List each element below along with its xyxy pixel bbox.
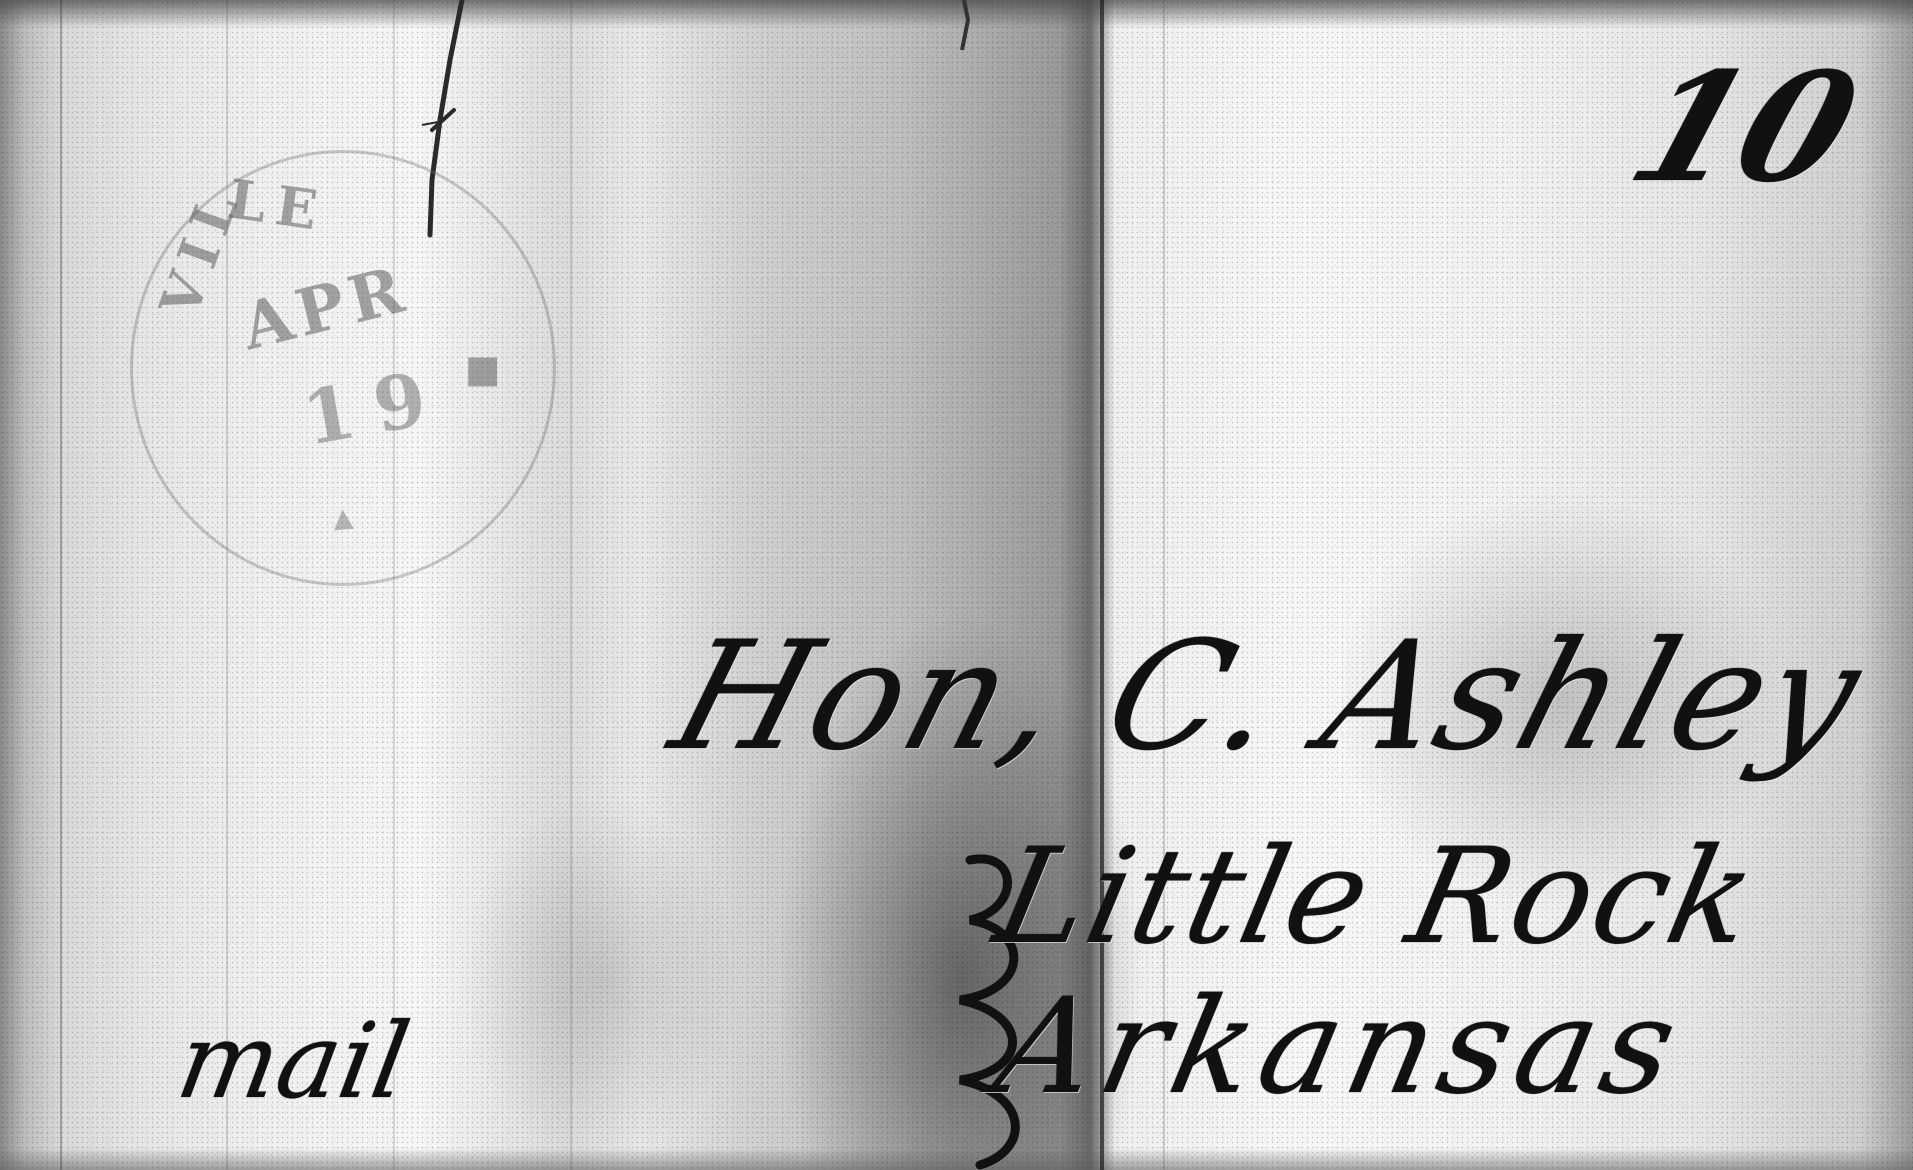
postmark-arc-right: ▪ bbox=[463, 333, 502, 401]
fold-line bbox=[570, 0, 572, 1170]
routing-note: mail bbox=[169, 1000, 418, 1122]
fold-line bbox=[60, 0, 62, 1170]
address-city: Little Rock bbox=[984, 820, 1770, 974]
top-edge-tear-mark bbox=[950, 0, 980, 60]
postmark-stamp: LE VIL APR 19 ▪ ▴ bbox=[130, 150, 556, 586]
postmark-day: 19 bbox=[297, 353, 453, 463]
postmark-arc-bottom: ▴ bbox=[331, 492, 354, 540]
fold-line bbox=[226, 0, 228, 1170]
addressee-name: Hon, C. Ashley bbox=[655, 610, 1882, 784]
postmark-month: APR bbox=[234, 252, 416, 366]
envelope-scan: LE VIL APR 19 ▪ ▴ 10 Hon, C. Ashley Litt… bbox=[0, 0, 1913, 1170]
address-state: Arkansas bbox=[984, 970, 1697, 1124]
